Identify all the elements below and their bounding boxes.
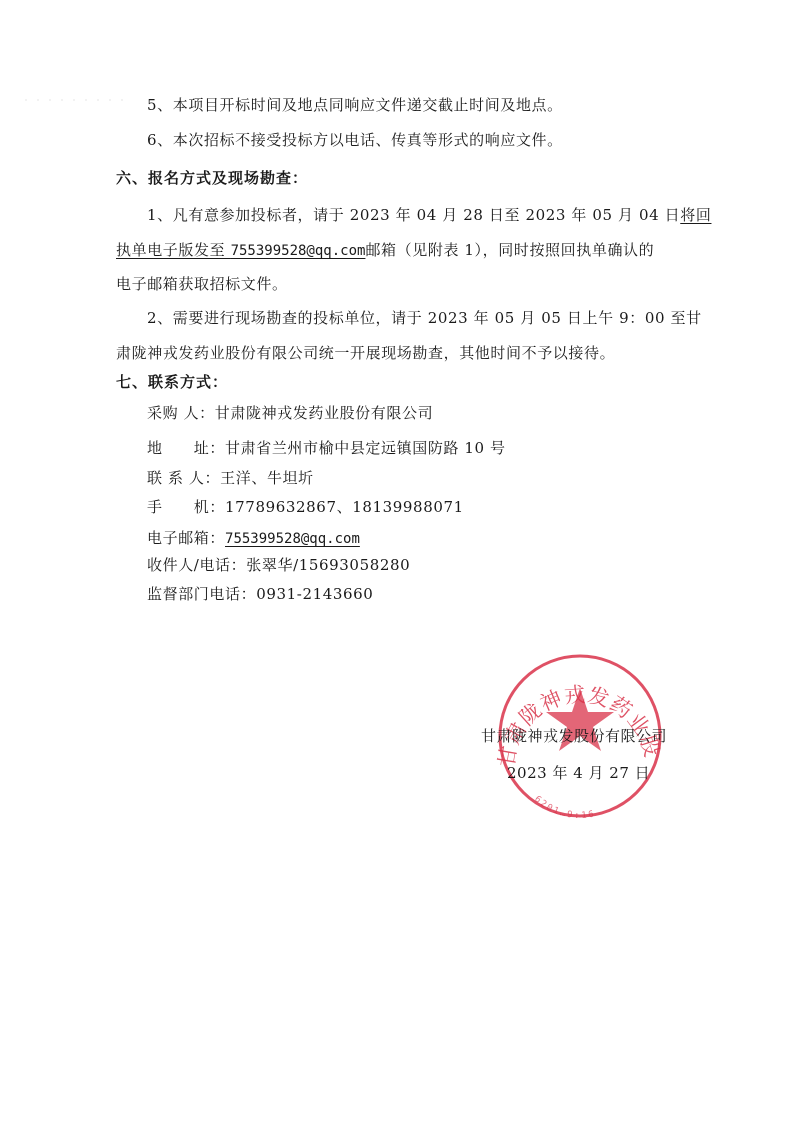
section-6-item-1-line-2: 执单电子版发至 755399528@qq.com邮箱（见附表 1），同时按照回执…: [116, 240, 654, 261]
section-7-title: 七、联系方式：: [116, 372, 228, 392]
signature-date: 2023 年 4 月 27 日: [507, 763, 650, 783]
contact-supervision: 监督部门电话：0931-2143660: [147, 584, 373, 604]
contact-email: 电子邮箱：755399528@qq.com: [147, 528, 360, 549]
contact-buyer: 采购 人：甘肃陇神戎发药业股份有限公司: [147, 403, 433, 423]
item-1-underlined-text: 执单电子版发至: [116, 241, 231, 259]
contact-value: 甘肃省兰州市榆中县定远镇国防路 10 号: [225, 439, 506, 457]
contact-label: 地 址：: [147, 438, 225, 458]
stamp-serial: 6201…9:16: [532, 794, 597, 820]
contact-address: 地 址：甘肃省兰州市榆中县定远镇国防路 10 号: [147, 438, 506, 458]
contact-recipient: 收件人/电话：张翠华/15693058280: [147, 555, 410, 575]
contact-value: 17789632867、18139988071: [225, 498, 464, 516]
contact-value: 甘肃陇神戎发药业股份有限公司: [215, 404, 433, 422]
stamp-ring-text: 甘肃陇神戎发药业股份有限公司: [476, 650, 664, 769]
section-6-item-1-line-1: 1、凡有意参加投标者，请于 2023 年 04 月 28 日至 2023 年 0…: [147, 205, 711, 225]
item-1-text: 1、凡有意参加投标者，请于 2023 年 04 月 28 日至 2023 年 0…: [147, 206, 680, 224]
contact-email-link[interactable]: 755399528@qq.com: [225, 531, 360, 547]
item-1-suffix: 邮箱（见附表 1），同时按照回执单确认的: [365, 241, 654, 259]
contact-value: 王洋、牛坦圻: [220, 469, 314, 487]
contact-person: 联 系 人：王洋、牛坦圻: [147, 468, 314, 488]
contact-label: 监督部门电话：: [147, 584, 256, 604]
contact-label: 联 系 人：: [147, 468, 220, 488]
contact-label: 手 机：: [147, 497, 225, 517]
item-6: 6、本次招标不接受投标方以电话、传真等形式的响应文件。: [147, 130, 563, 150]
section-6-item-2-line-1: 2、需要进行现场勘查的投标单位，请于 2023 年 05 月 05 日上午 9：…: [147, 308, 702, 328]
contact-value: 张翠华/15693058280: [246, 556, 410, 574]
contact-mobile: 手 机：17789632867、18139988071: [147, 497, 464, 517]
document-page: 5、本项目开标时间及地点同响应文件递交截止时间及地点。 6、本次招标不接受投标方…: [0, 0, 793, 1122]
scan-artifact: [20, 98, 130, 102]
signature-company: 甘肃陇神戎发股份有限公司: [481, 726, 667, 746]
section-6-item-2-line-2: 肃陇神戎发药业股份有限公司统一开展现场勘查，其他时间不予以接待。: [116, 343, 615, 363]
contact-value: 0931-2143660: [256, 585, 373, 603]
email-link[interactable]: 755399528@qq.com: [231, 243, 366, 259]
section-6-title: 六、报名方式及现场勘查：: [116, 168, 308, 188]
section-6-item-1-line-3: 电子邮箱获取招标文件。: [116, 274, 288, 294]
contact-label: 采购 人：: [147, 403, 215, 423]
contact-label: 电子邮箱：: [147, 528, 225, 548]
item-1-underlined: 将回: [680, 206, 711, 224]
item-5: 5、本项目开标时间及地点同响应文件递交截止时间及地点。: [147, 95, 563, 115]
contact-label: 收件人/电话：: [147, 555, 246, 575]
